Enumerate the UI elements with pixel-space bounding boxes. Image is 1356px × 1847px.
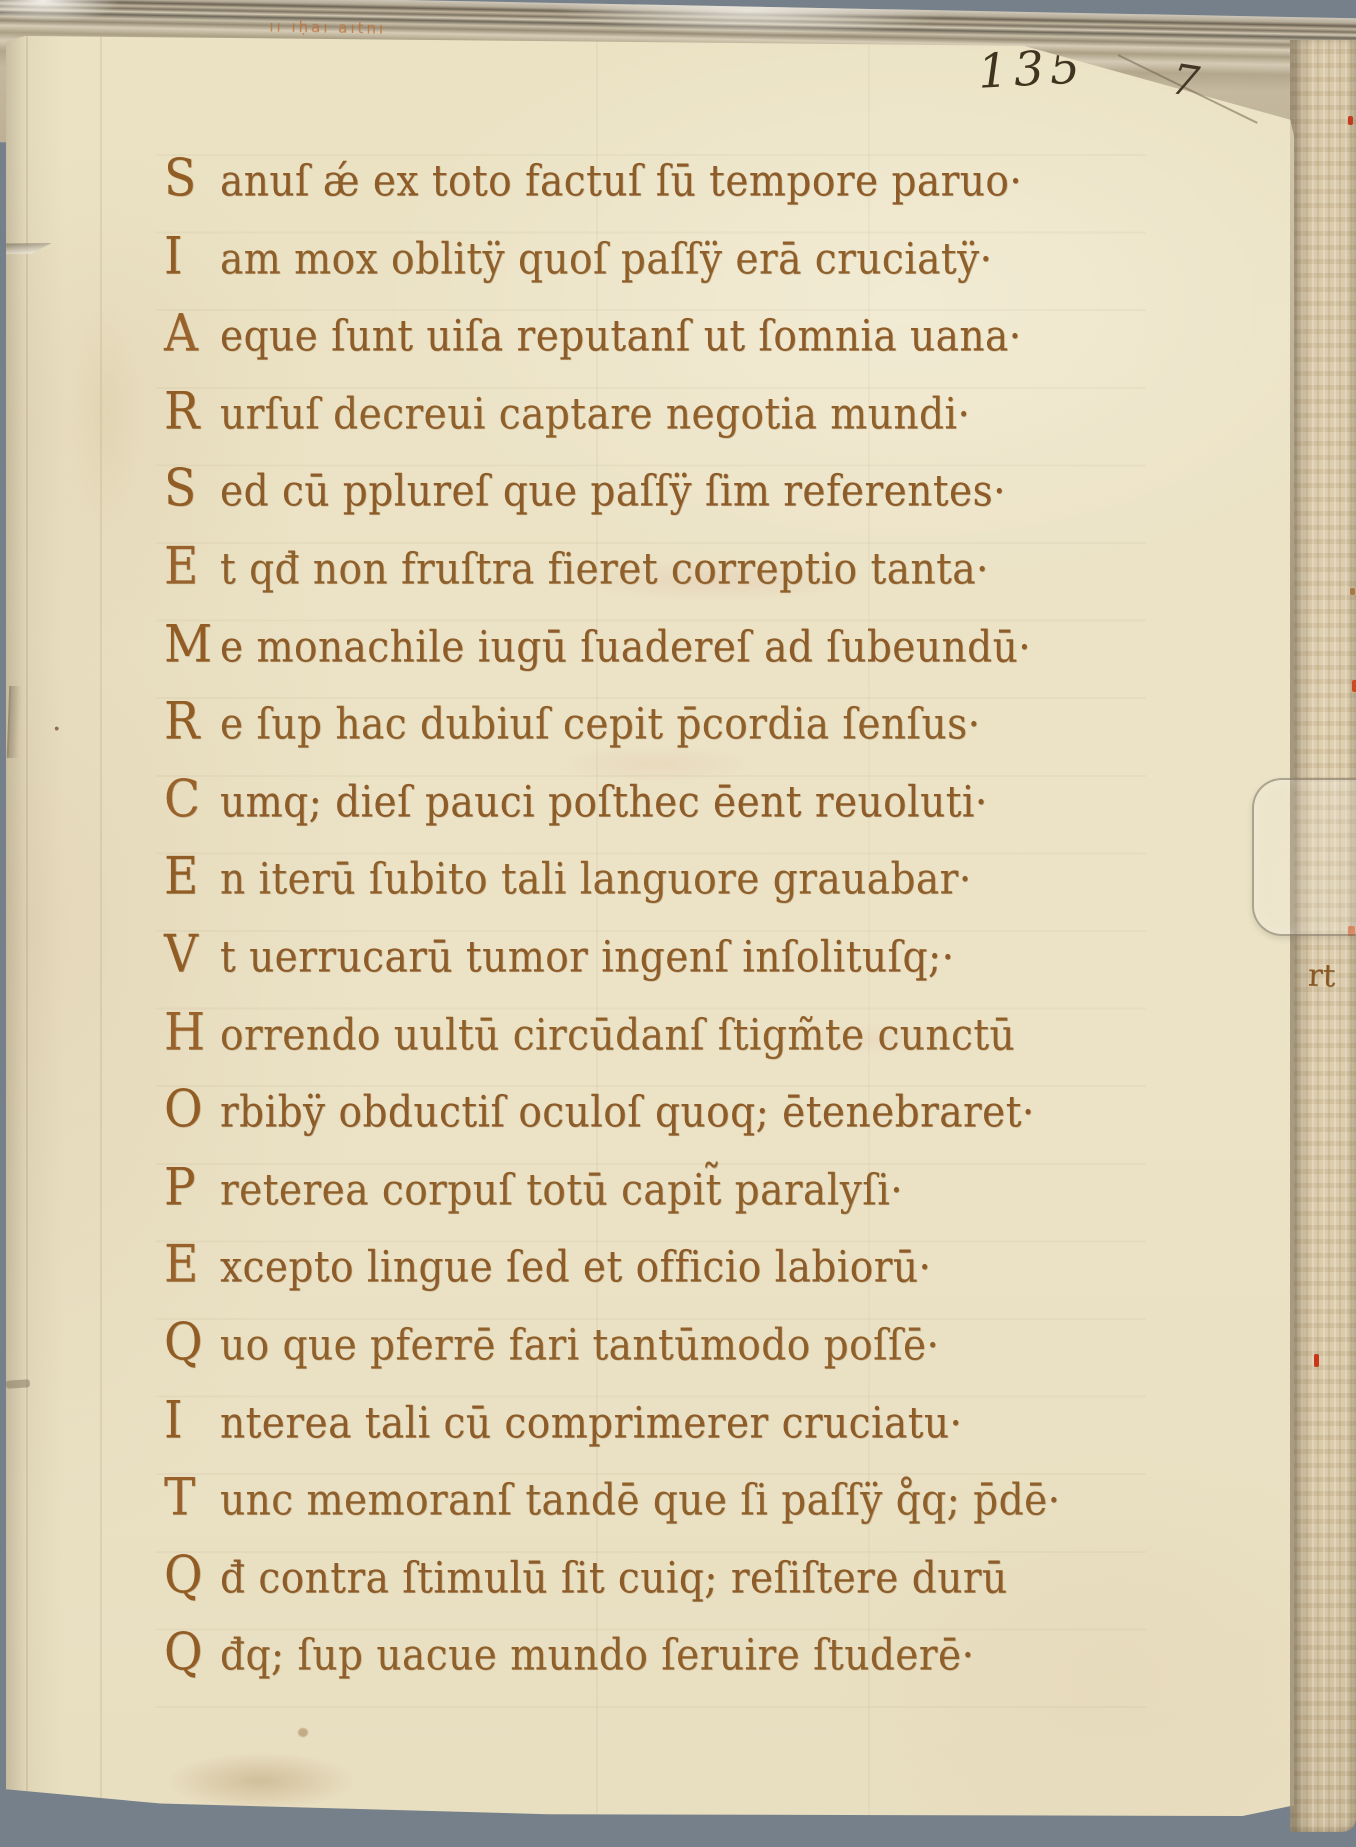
rubric-speck — [1314, 1354, 1319, 1367]
verse-text: uo que pferrē fari tantūmodo poſſē· — [220, 1321, 939, 1371]
verse-text: umq; dieſ pauci poſthec ēent reuoluti· — [220, 778, 988, 828]
verse-line: Interea tali cū comprimerer cruciatu· — [164, 1390, 962, 1451]
versal-initial: R — [164, 381, 220, 442]
poem-text-block: Sanuſ ǽ ex toto factuſ ſū tempore paruo·… — [6, 36, 1294, 1816]
verse-line: Tunc memoranſ tandē que ſi paſſÿ q̊q; p̄… — [164, 1467, 1061, 1528]
verse-text: e ſup hac dubiuſ cepit p̄cordia ſenſus· — [220, 700, 981, 750]
verse-line: Excepto lingue ſed et officio labiorū· — [164, 1234, 931, 1295]
verse-line: Qđ contra ſtimulū ſit cuiq; reſiſtere du… — [164, 1545, 1008, 1606]
verse-text: đ contra ſtimulū ſit cuiq; reſiſtere dur… — [220, 1554, 1008, 1604]
versal-initial: E — [164, 536, 220, 597]
verse-text: đq; ſup uacue mundo ſeruire ſtuderē· — [220, 1631, 975, 1681]
verse-text: xcepto lingue ſed et officio labiorū· — [220, 1243, 931, 1293]
verse-text: unc memoranſ tandē que ſi paſſÿ q̊q; p̄d… — [220, 1476, 1061, 1526]
verse-line: Re ſup hac dubiuſ cepit p̄cordia ſenſus· — [164, 691, 981, 752]
versal-initial: P — [164, 1157, 220, 1218]
verse-text: anuſ ǽ ex toto factuſ ſū tempore paruo· — [220, 157, 1022, 207]
versal-initial: E — [164, 846, 220, 907]
verse-line: Et qđ non fruſtra fieret correptio tanta… — [164, 536, 989, 597]
versal-initial: S — [164, 148, 220, 209]
versal-initial: I — [164, 226, 220, 287]
verse-line: Iam mox oblitÿ quoſ paſſÿ erā cruciatÿ· — [164, 226, 993, 287]
fore-edge-leaf-stack: rt — [1290, 40, 1356, 1832]
verse-text: am mox oblitÿ quoſ paſſÿ erā cruciatÿ· — [220, 234, 993, 283]
versal-initial: C — [164, 769, 220, 830]
plastic-tab — [1252, 778, 1356, 936]
versal-initial: A — [164, 303, 220, 364]
rubric-speck — [1348, 116, 1353, 125]
verse-text: n iterū ſubito tali languore grauabar· — [220, 855, 972, 905]
verse-line: Me monachile iugū ſuadereſ ad ſubeundū· — [164, 614, 1031, 675]
verse-line: Quo que pferrē fari tantūmodo poſſē· — [164, 1312, 939, 1373]
verse-text: reterea corpuſ totū capit̃ paralyſi· — [220, 1166, 903, 1216]
versal-initial: M — [164, 614, 220, 675]
verse-line: Rurſuſ decreui captare negotia mundi· — [164, 381, 970, 442]
versal-initial: Q — [164, 1545, 220, 1606]
rubric-speck — [1352, 680, 1356, 692]
verse-text: eque ſunt uiſa reputanſ ut ſomnia uana· — [220, 312, 1022, 362]
versal-initial: T — [164, 1467, 220, 1528]
versal-initial: S — [164, 458, 220, 519]
manuscript-page: · 135 Sanuſ ǽ ex toto factuſ ſū tempore … — [6, 36, 1294, 1816]
versal-initial: O — [164, 1079, 220, 1140]
verse-line: Aeque ſunt uiſa reputanſ ut ſomnia uana· — [164, 303, 1022, 364]
versal-initial: H — [164, 1002, 220, 1063]
versal-initial: R — [164, 691, 220, 752]
verse-text: orrendo uultū circūdanſ ſtigm̃te cunctū — [220, 1010, 1015, 1060]
rubric-speck — [1350, 588, 1355, 595]
versal-initial: V — [164, 924, 220, 985]
verse-text: urſuſ decreui captare negotia mundi· — [220, 390, 970, 440]
verse-text: nterea tali cū comprimerer cruciatu· — [220, 1398, 962, 1448]
verse-line: Orbibÿ obductiſ oculoſ quoq; ētenebraret… — [164, 1079, 1035, 1140]
top-edge-ink-traces: ıı ıḥaı aıtnı — [269, 17, 386, 37]
verse-text: t uerrucarū tumor ingenſ inſolituſq;· — [220, 933, 954, 983]
verse-line: Sanuſ ǽ ex toto factuſ ſū tempore paruo· — [164, 148, 1022, 209]
versal-initial: Q — [164, 1312, 220, 1373]
verse-line: Horrendo uultū circūdanſ ſtigm̃te cunctū — [164, 1002, 1015, 1063]
verse-text: rbibÿ obductiſ oculoſ quoq; ētenebraret· — [220, 1088, 1035, 1138]
edge-text-fragment: rt — [1307, 958, 1336, 995]
verse-line: Sed cū pplureſ que paſſÿ ſim referentes· — [164, 458, 1006, 519]
verse-text: e monachile iugū ſuadereſ ad ſubeundū· — [220, 622, 1031, 672]
verse-line: En iterū ſubito tali languore grauabar· — [164, 846, 972, 907]
verse-line: Preterea corpuſ totū capit̃ paralyſi· — [164, 1157, 903, 1218]
verse-line: Cumq; dieſ pauci poſthec ēent reuoluti· — [164, 769, 988, 830]
verse-line: Qđq; ſup uacue mundo ſeruire ſtuderē· — [164, 1622, 975, 1683]
versal-initial: I — [164, 1390, 220, 1451]
verse-line: Vt uerrucarū tumor ingenſ inſolituſq;· — [164, 924, 954, 985]
versal-initial: E — [164, 1234, 220, 1295]
versal-initial: Q — [164, 1622, 220, 1683]
manuscript-photo: ıı ıḥaı aıtnı rt · 135 Sanuſ ǽ ex toto f… — [0, 0, 1356, 1847]
verse-text: ed cū pplureſ que paſſÿ ſim referentes· — [220, 467, 1006, 517]
verse-text: t qđ non fruſtra fieret correptio tanta· — [220, 545, 989, 595]
